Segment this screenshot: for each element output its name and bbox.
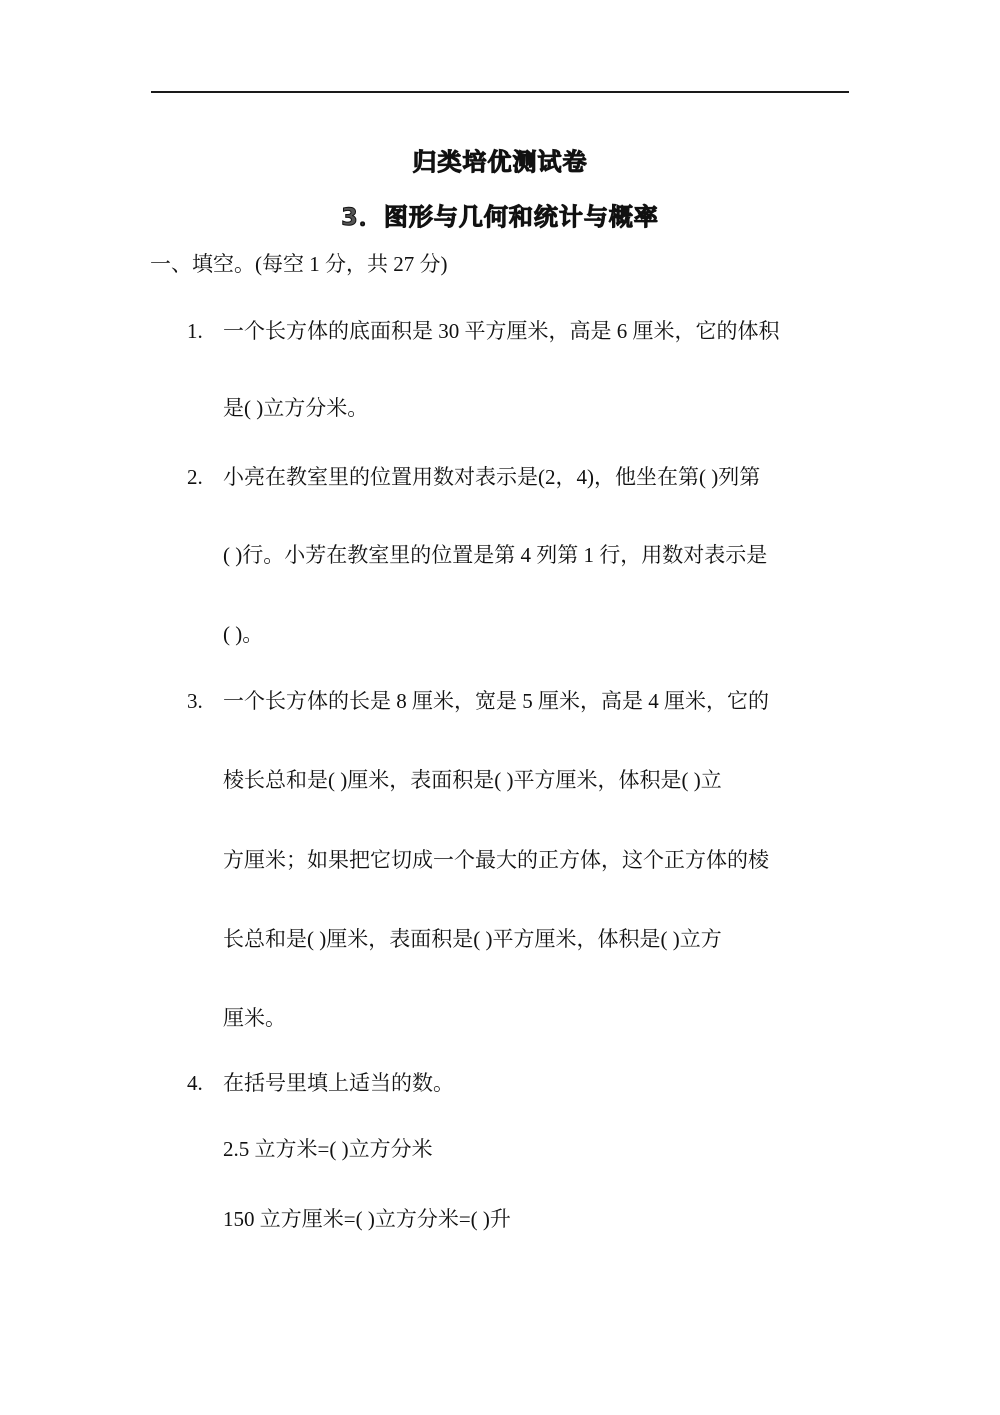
question-number: 3. [187, 686, 203, 716]
question-number: 2. [187, 462, 203, 492]
question-line: 方厘米；如果把它切成一个最大的正方体，这个正方体的棱 [223, 845, 769, 875]
question-line: 棱长总和是( )厘米，表面积是( )平方厘米，体积是( )立 [223, 765, 722, 795]
question-line: 厘米。 [223, 1003, 286, 1033]
page-title: 归类培优测试卷 [0, 142, 1000, 177]
section-heading: 一、填空。(每空 1 分，共 27 分) [150, 248, 448, 278]
question-line: ( )行。小芳在教室里的位置是第 4 列第 1 行，用数对表示是 [223, 540, 767, 570]
question-line: 小亮在教室里的位置用数对表示是(2，4)，他坐在第( )列第 [223, 462, 760, 492]
question-number: 4. [187, 1068, 203, 1098]
question-number: 1. [187, 316, 203, 346]
question-line: 在括号里填上适当的数。 [223, 1068, 454, 1098]
question-line: 长总和是( )厘米，表面积是( )平方厘米，体积是( )立方 [223, 924, 722, 954]
conversion-item: 2.5 立方米=( )立方分米 [223, 1134, 433, 1164]
question-line: 一个长方体的长是 8 厘米，宽是 5 厘米，高是 4 厘米，它的 [223, 686, 769, 716]
question-line: 一个长方体的底面积是 30 平方厘米，高是 6 厘米，它的体积 [223, 316, 780, 346]
conversion-item: 150 立方厘米=( )立方分米=( )升 [223, 1204, 511, 1234]
question-line: 是( )立方分米。 [223, 393, 368, 423]
question-line: ( )。 [223, 619, 263, 649]
header-rule [151, 91, 849, 93]
page-subtitle: 3．图形与几何和统计与概率 [0, 197, 1000, 232]
